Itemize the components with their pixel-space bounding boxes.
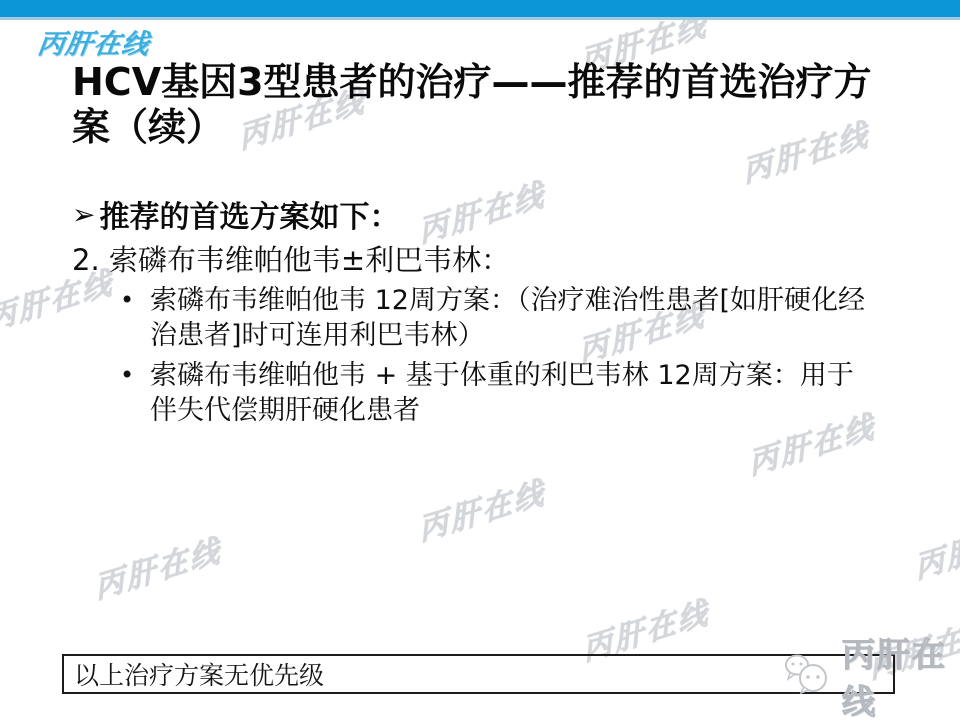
arrow-bullet-icon: ➢ (72, 198, 95, 231)
bullet-text: 索磷布韦维帕他韦 + 基于体重的利巴韦林 12周方案：用于伴失代偿期肝硬化患者 (150, 358, 872, 428)
list-item: • 索磷布韦维帕他韦 + 基于体重的利巴韦林 12周方案：用于伴失代偿期肝硬化患… (120, 358, 880, 428)
numbered-item: 2. 索磷布韦维帕他韦±利巴韦林： (72, 238, 510, 279)
bullet-dot-icon: • (120, 358, 150, 428)
list-item: • 索磷布韦维帕他韦 12周方案：（治疗难治性患者[如肝硬化经治患者]时可连用利… (120, 283, 880, 353)
slide-content-layer: 丙肝在线 HCV基因3型患者的治疗——推荐的首选治疗方案（续） ➢ 推荐的首选方… (0, 0, 960, 720)
slide-title: HCV基因3型患者的治疗——推荐的首选治疗方案（续） (72, 60, 888, 150)
footer-brand-text: 丙肝在线 (842, 629, 960, 720)
bullet-dot-icon: • (120, 283, 150, 353)
top-accent-bar-edge (0, 17, 960, 20)
section-heading: ➢ 推荐的首选方案如下： (72, 192, 399, 236)
bullet-list: • 索磷布韦维帕他韦 12周方案：（治疗难治性患者[如肝硬化经治患者]时可连用利… (120, 283, 880, 433)
footer-brand: 丙肝在线 (782, 652, 960, 700)
brand-logo: 丙肝在线 (35, 22, 152, 61)
section-heading-label: 推荐的首选方案如下： (99, 192, 399, 236)
footnote-text: 以上治疗方案无优先级 (74, 656, 324, 692)
bullet-text: 索磷布韦维帕他韦 12周方案：（治疗难治性患者[如肝硬化经治患者]时可连用利巴韦… (150, 283, 872, 353)
top-accent-bar (0, 0, 960, 17)
slide: { "slide": { "title": "HCV基因3型患者的治疗——推荐的… (0, 0, 960, 720)
wechat-bubbles-icon (782, 652, 836, 700)
footnote-box: 以上治疗方案无优先级 (62, 654, 895, 694)
